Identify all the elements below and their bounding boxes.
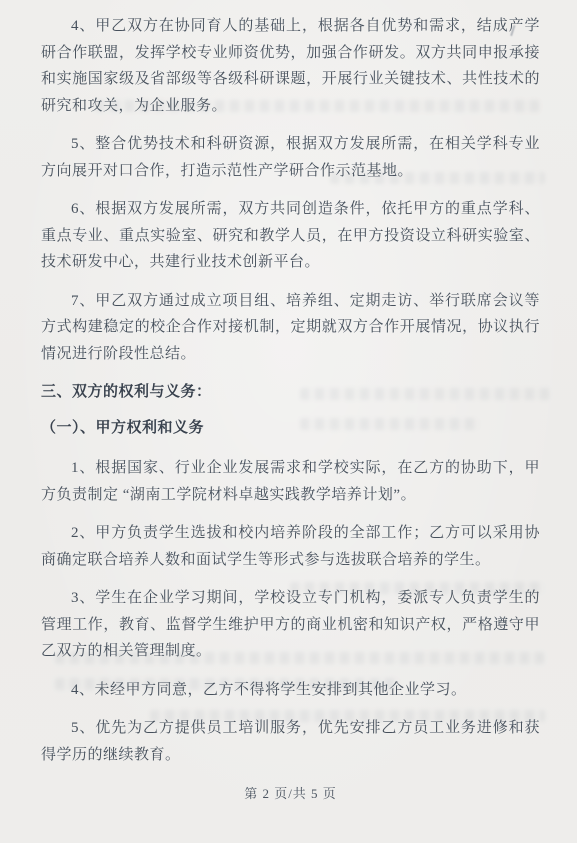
scanned-contract-page: 4、甲乙双方在协同育人的基础上，根据各自优势和需求，结成产学研合作联盟，发挥学校… bbox=[0, 0, 577, 843]
party-a-clause-2: 2、甲方负责学生选拔和校内培养阶段的全部工作；乙方可以采用协商确定联合培养人数和… bbox=[41, 520, 540, 573]
party-a-clause-3: 3、学生在企业学习期间，学校设立专门机构，委派专人负责学生的管理工作，教育、监督… bbox=[41, 585, 540, 665]
page-number-footer: 第 2 页/共 5 页 bbox=[41, 783, 540, 802]
party-a-clause-5: 5、优先为乙方提供员工培训服务，优先安排乙方员工业务进修和获得学历的继续教育。 bbox=[41, 715, 540, 768]
clause-2-5: 5、整合优势技术和科研资源，根据双方发展所需，在相关学科专业方向展开对口合作，打… bbox=[41, 131, 540, 184]
clause-2-6: 6、根据双方发展所需，双方共同创造条件，依托甲方的重点学科、重点专业、重点实验室… bbox=[41, 196, 540, 276]
clause-2-4: 4、甲乙双方在协同育人的基础上，根据各自优势和需求，结成产学研合作联盟，发挥学校… bbox=[41, 13, 540, 119]
document-body: 4、甲乙双方在协同育人的基础上，根据各自优势和需求，结成产学研合作联盟，发挥学校… bbox=[0, 0, 577, 802]
clause-2-7: 7、甲乙双方通过成立项目组、培养组、定期走访、举行联席会议等方式构建稳定的校企合… bbox=[41, 288, 540, 368]
party-a-clause-1: 1、根据国家、行业企业发展需求和学校实际，在乙方的协助下，甲方负责制定 “湖南工… bbox=[41, 455, 540, 508]
party-a-clause-4: 4、未经甲方同意，乙方不得将学生安排到其他企业学习。 bbox=[41, 677, 540, 704]
subsection-party-a-heading: （一）、甲方权利和义务 bbox=[41, 415, 540, 441]
section-3-heading: 三、双方的权利与义务： bbox=[41, 379, 540, 405]
